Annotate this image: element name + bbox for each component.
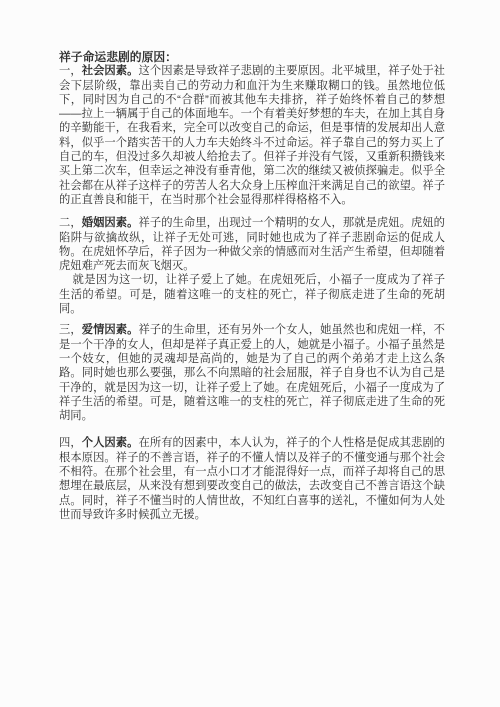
section-body: 祥子的生命里，还有另外一个女人，她虽然也和虎妞一样，不是一个干净的女人，但却是祥… xyxy=(59,324,445,422)
section-number: 二， xyxy=(59,217,82,229)
paragraph-marriage-factor-continued: 就是因为这一切，让祥子爱上了她。在虎妞死后，小福子一度成为了祥子生活的希望。可是… xyxy=(59,273,445,316)
document-page: 祥子命运悲剧的原因： 一，社会因素。这个因素是导致祥子悲剧的主要原因。北平城里，… xyxy=(0,0,500,707)
section-heading: 个人因素。 xyxy=(82,437,139,449)
section-heading: 婚姻因素。 xyxy=(82,217,139,229)
paragraph-marriage-factor: 二，婚姻因素。祥子的生命里，出现过一个精明的女人，那就是虎妞。虎妞的陷阱与欲擒故… xyxy=(59,216,445,273)
document-title: 祥子命运悲剧的原因： xyxy=(59,50,445,64)
section-number: 三， xyxy=(59,324,82,336)
section-body: 这个因素是导致祥子悲剧的主要原因。北平城里，祥子处于社会下层阶级，靠出卖自己的劳… xyxy=(59,65,445,206)
section-number: 四， xyxy=(59,437,82,449)
paragraph-social-factor: 一，社会因素。这个因素是导致祥子悲剧的主要原因。北平城里，祥子处于社会下层阶级，… xyxy=(59,64,445,207)
section-body: 在所有的因素中，本人认为，祥子的个人性格是促成其悲剧的根本原因。祥子的不善言语，… xyxy=(59,437,445,520)
paragraph-personal-factor: 四，个人因素。在所有的因素中，本人认为，祥子的个人性格是促成其悲剧的根本原因。祥… xyxy=(59,436,445,522)
document-content: 祥子命运悲剧的原因： 一，社会因素。这个因素是导致祥子悲剧的主要原因。北平城里，… xyxy=(59,50,445,522)
section-heading: 爱情因素。 xyxy=(82,324,139,336)
section-heading: 社会因素。 xyxy=(82,65,139,77)
section-number: 一， xyxy=(59,65,82,77)
paragraph-love-factor: 三，爱情因素。祥子的生命里，还有另外一个女人，她虽然也和虎妞一样，不是一个干净的… xyxy=(59,323,445,423)
